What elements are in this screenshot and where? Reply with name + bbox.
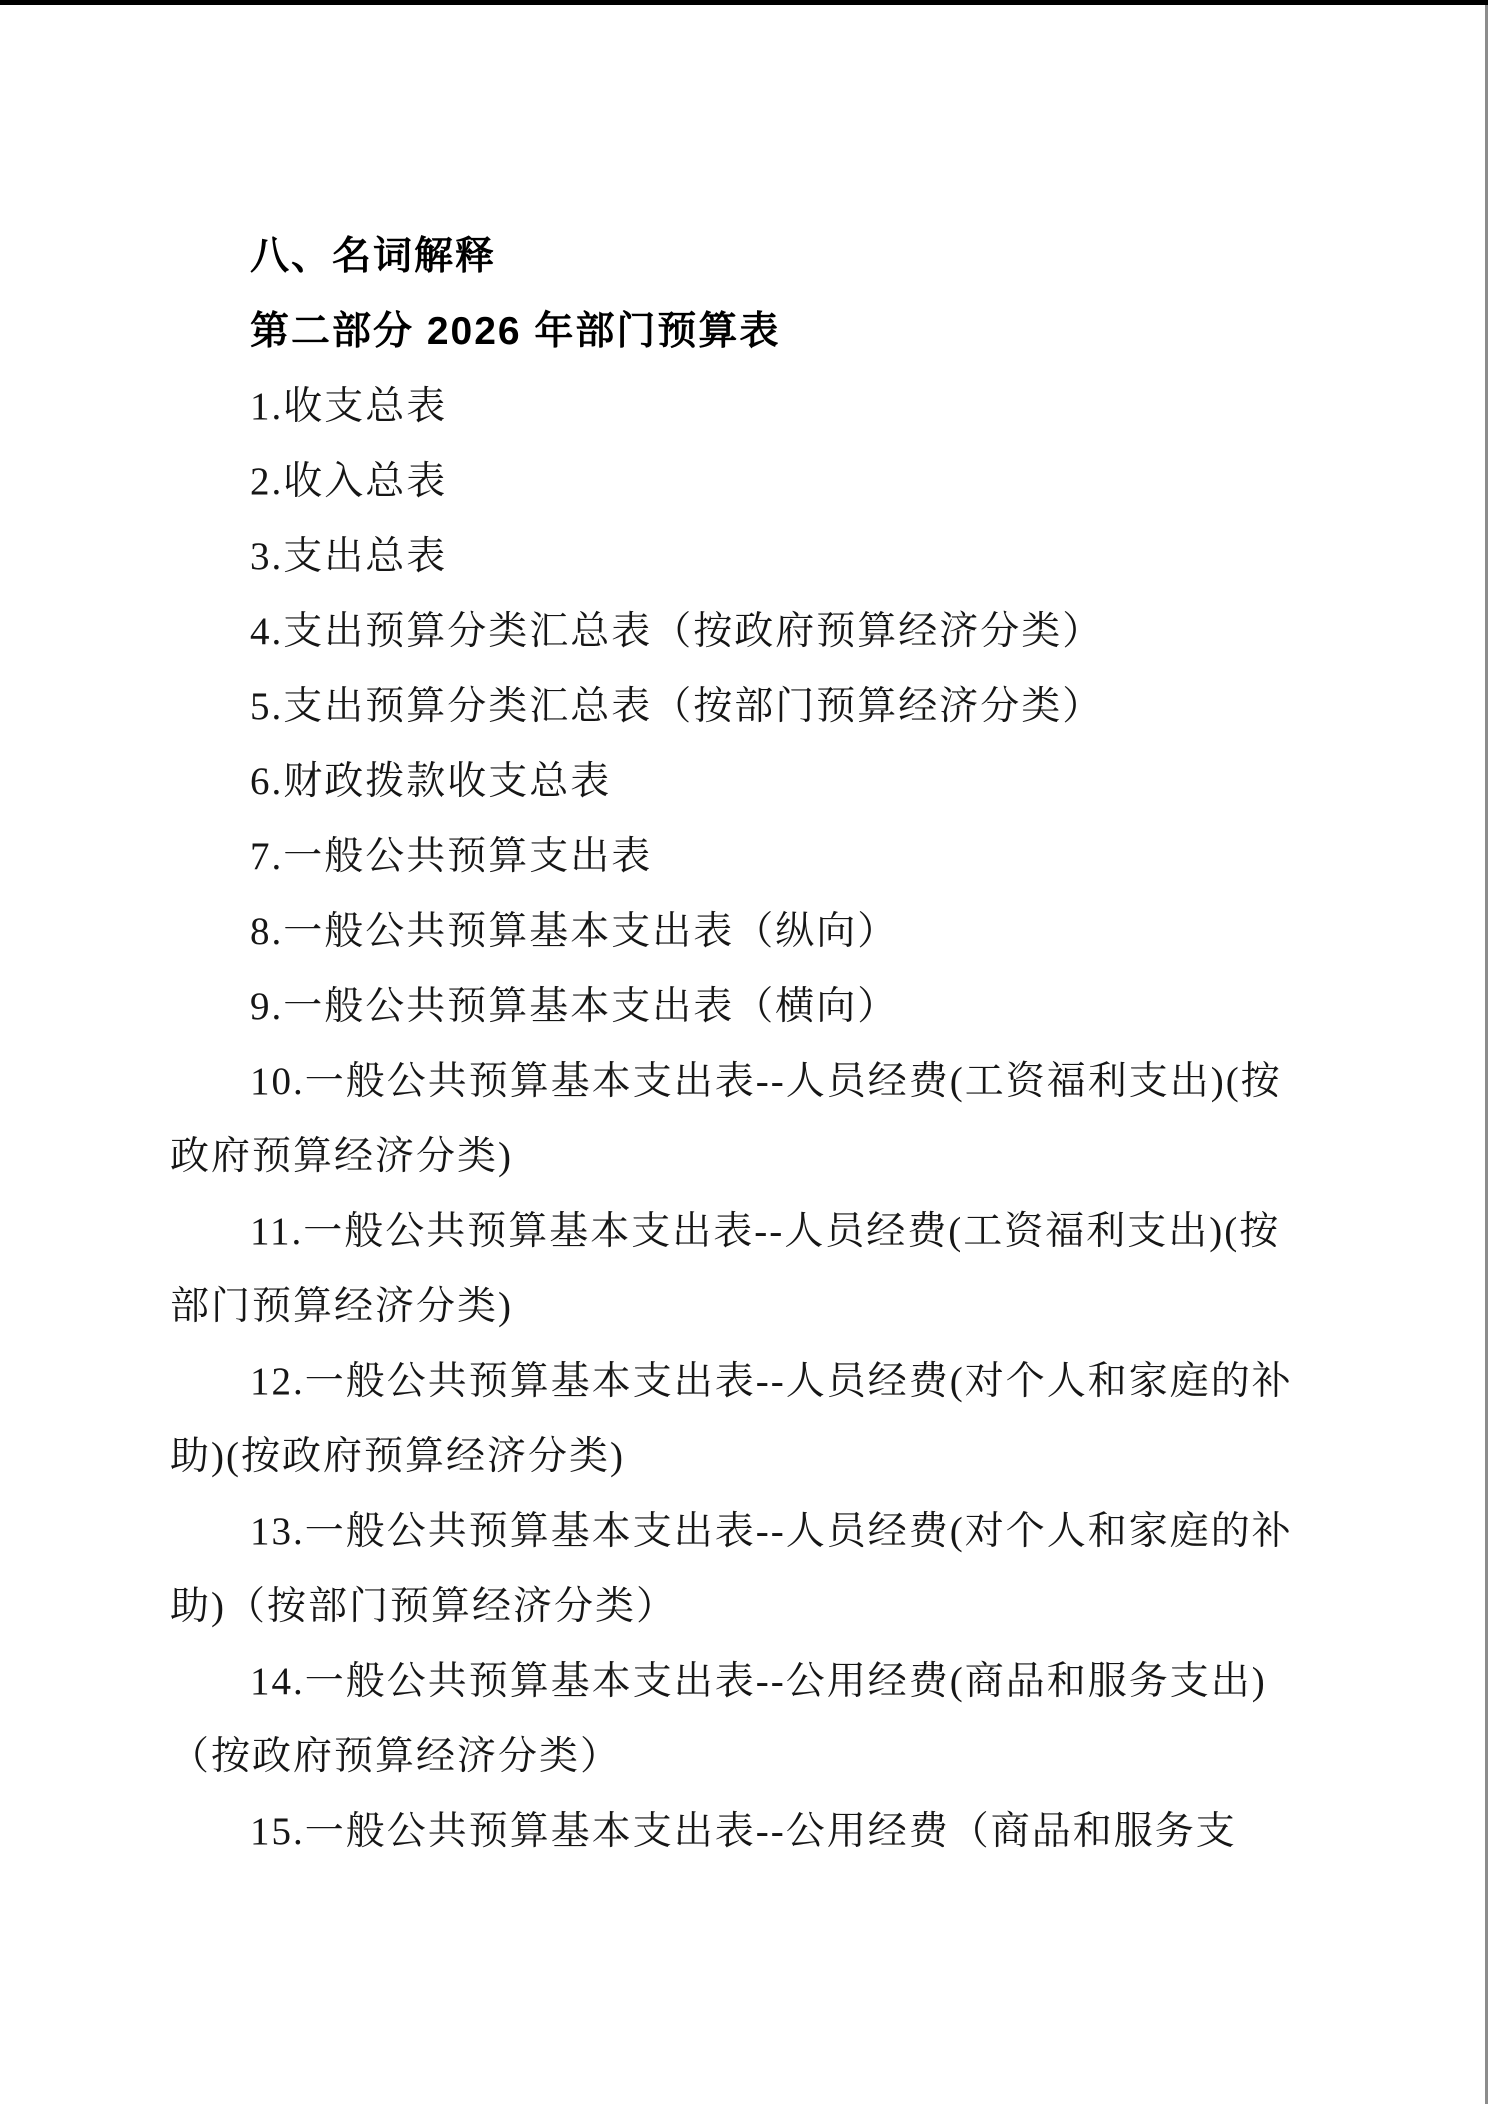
document-content: 八、名词解释 第二部分 2026 年部门预算表 1.收支总表2.收入总表3.支出… — [170, 219, 1400, 1869]
toc-item: 11.一般公共预算基本支出表--人员经费(工资福利支出)(按部门预算经济分类) — [170, 1194, 1400, 1344]
toc-item-line: 1.收支总表 — [170, 369, 1400, 444]
toc-item-line: 政府预算经济分类) — [170, 1119, 1400, 1194]
toc-item: 8.一般公共预算基本支出表（纵向） — [170, 894, 1400, 969]
page-top-border — [0, 0, 1488, 5]
toc-item: 3.支出总表 — [170, 519, 1400, 594]
toc-item-line: 5.支出预算分类汇总表（按部门预算经济分类） — [170, 669, 1400, 744]
toc-item: 10.一般公共预算基本支出表--人员经费(工资福利支出)(按政府预算经济分类) — [170, 1044, 1400, 1194]
toc-item-line: 9.一般公共预算基本支出表（横向） — [170, 969, 1400, 1044]
toc-item: 7.一般公共预算支出表 — [170, 819, 1400, 894]
toc-item-line: 3.支出总表 — [170, 519, 1400, 594]
toc-item-line: （按政府预算经济分类） — [170, 1719, 1400, 1794]
toc-item-line: 8.一般公共预算基本支出表（纵向） — [170, 894, 1400, 969]
toc-item: 14.一般公共预算基本支出表--公用经费(商品和服务支出)（按政府预算经济分类） — [170, 1644, 1400, 1794]
toc-item-line: 部门预算经济分类) — [170, 1269, 1400, 1344]
toc-item: 6.财政拨款收支总表 — [170, 744, 1400, 819]
toc-item: 5.支出预算分类汇总表（按部门预算经济分类） — [170, 669, 1400, 744]
toc-item-line: 助)(按政府预算经济分类) — [170, 1419, 1400, 1494]
document-page: { "page": { "background_color": "#ffffff… — [0, 0, 1488, 2104]
section-heading-part2-budget-tables: 第二部分 2026 年部门预算表 — [170, 294, 1400, 369]
toc-item-line: 7.一般公共预算支出表 — [170, 819, 1400, 894]
toc-item: 13.一般公共预算基本支出表--人员经费(对个人和家庭的补助)（按部门预算经济分… — [170, 1494, 1400, 1644]
toc-item-line: 10.一般公共预算基本支出表--人员经费(工资福利支出)(按 — [170, 1044, 1400, 1119]
toc-item: 2.收入总表 — [170, 444, 1400, 519]
section-heading-glossary: 八、名词解释 — [170, 219, 1400, 294]
toc-item-line: 11.一般公共预算基本支出表--人员经费(工资福利支出)(按 — [170, 1194, 1400, 1269]
toc-item-line: 2.收入总表 — [170, 444, 1400, 519]
toc-item-line: 6.财政拨款收支总表 — [170, 744, 1400, 819]
toc-item-line: 12.一般公共预算基本支出表--人员经费(对个人和家庭的补 — [170, 1344, 1400, 1419]
toc-item: 4.支出预算分类汇总表（按政府预算经济分类） — [170, 594, 1400, 669]
toc-item: 1.收支总表 — [170, 369, 1400, 444]
toc-item-line: 助)（按部门预算经济分类） — [170, 1569, 1400, 1644]
toc-item: 12.一般公共预算基本支出表--人员经费(对个人和家庭的补助)(按政府预算经济分… — [170, 1344, 1400, 1494]
toc-item-line: 15.一般公共预算基本支出表--公用经费（商品和服务支 — [170, 1794, 1400, 1869]
toc-item-line: 14.一般公共预算基本支出表--公用经费(商品和服务支出) — [170, 1644, 1400, 1719]
toc-item-line: 13.一般公共预算基本支出表--人员经费(对个人和家庭的补 — [170, 1494, 1400, 1569]
toc-item: 9.一般公共预算基本支出表（横向） — [170, 969, 1400, 1044]
toc-list: 1.收支总表2.收入总表3.支出总表4.支出预算分类汇总表（按政府预算经济分类）… — [170, 369, 1400, 1869]
toc-item: 15.一般公共预算基本支出表--公用经费（商品和服务支 — [170, 1794, 1400, 1869]
toc-item-line: 4.支出预算分类汇总表（按政府预算经济分类） — [170, 594, 1400, 669]
